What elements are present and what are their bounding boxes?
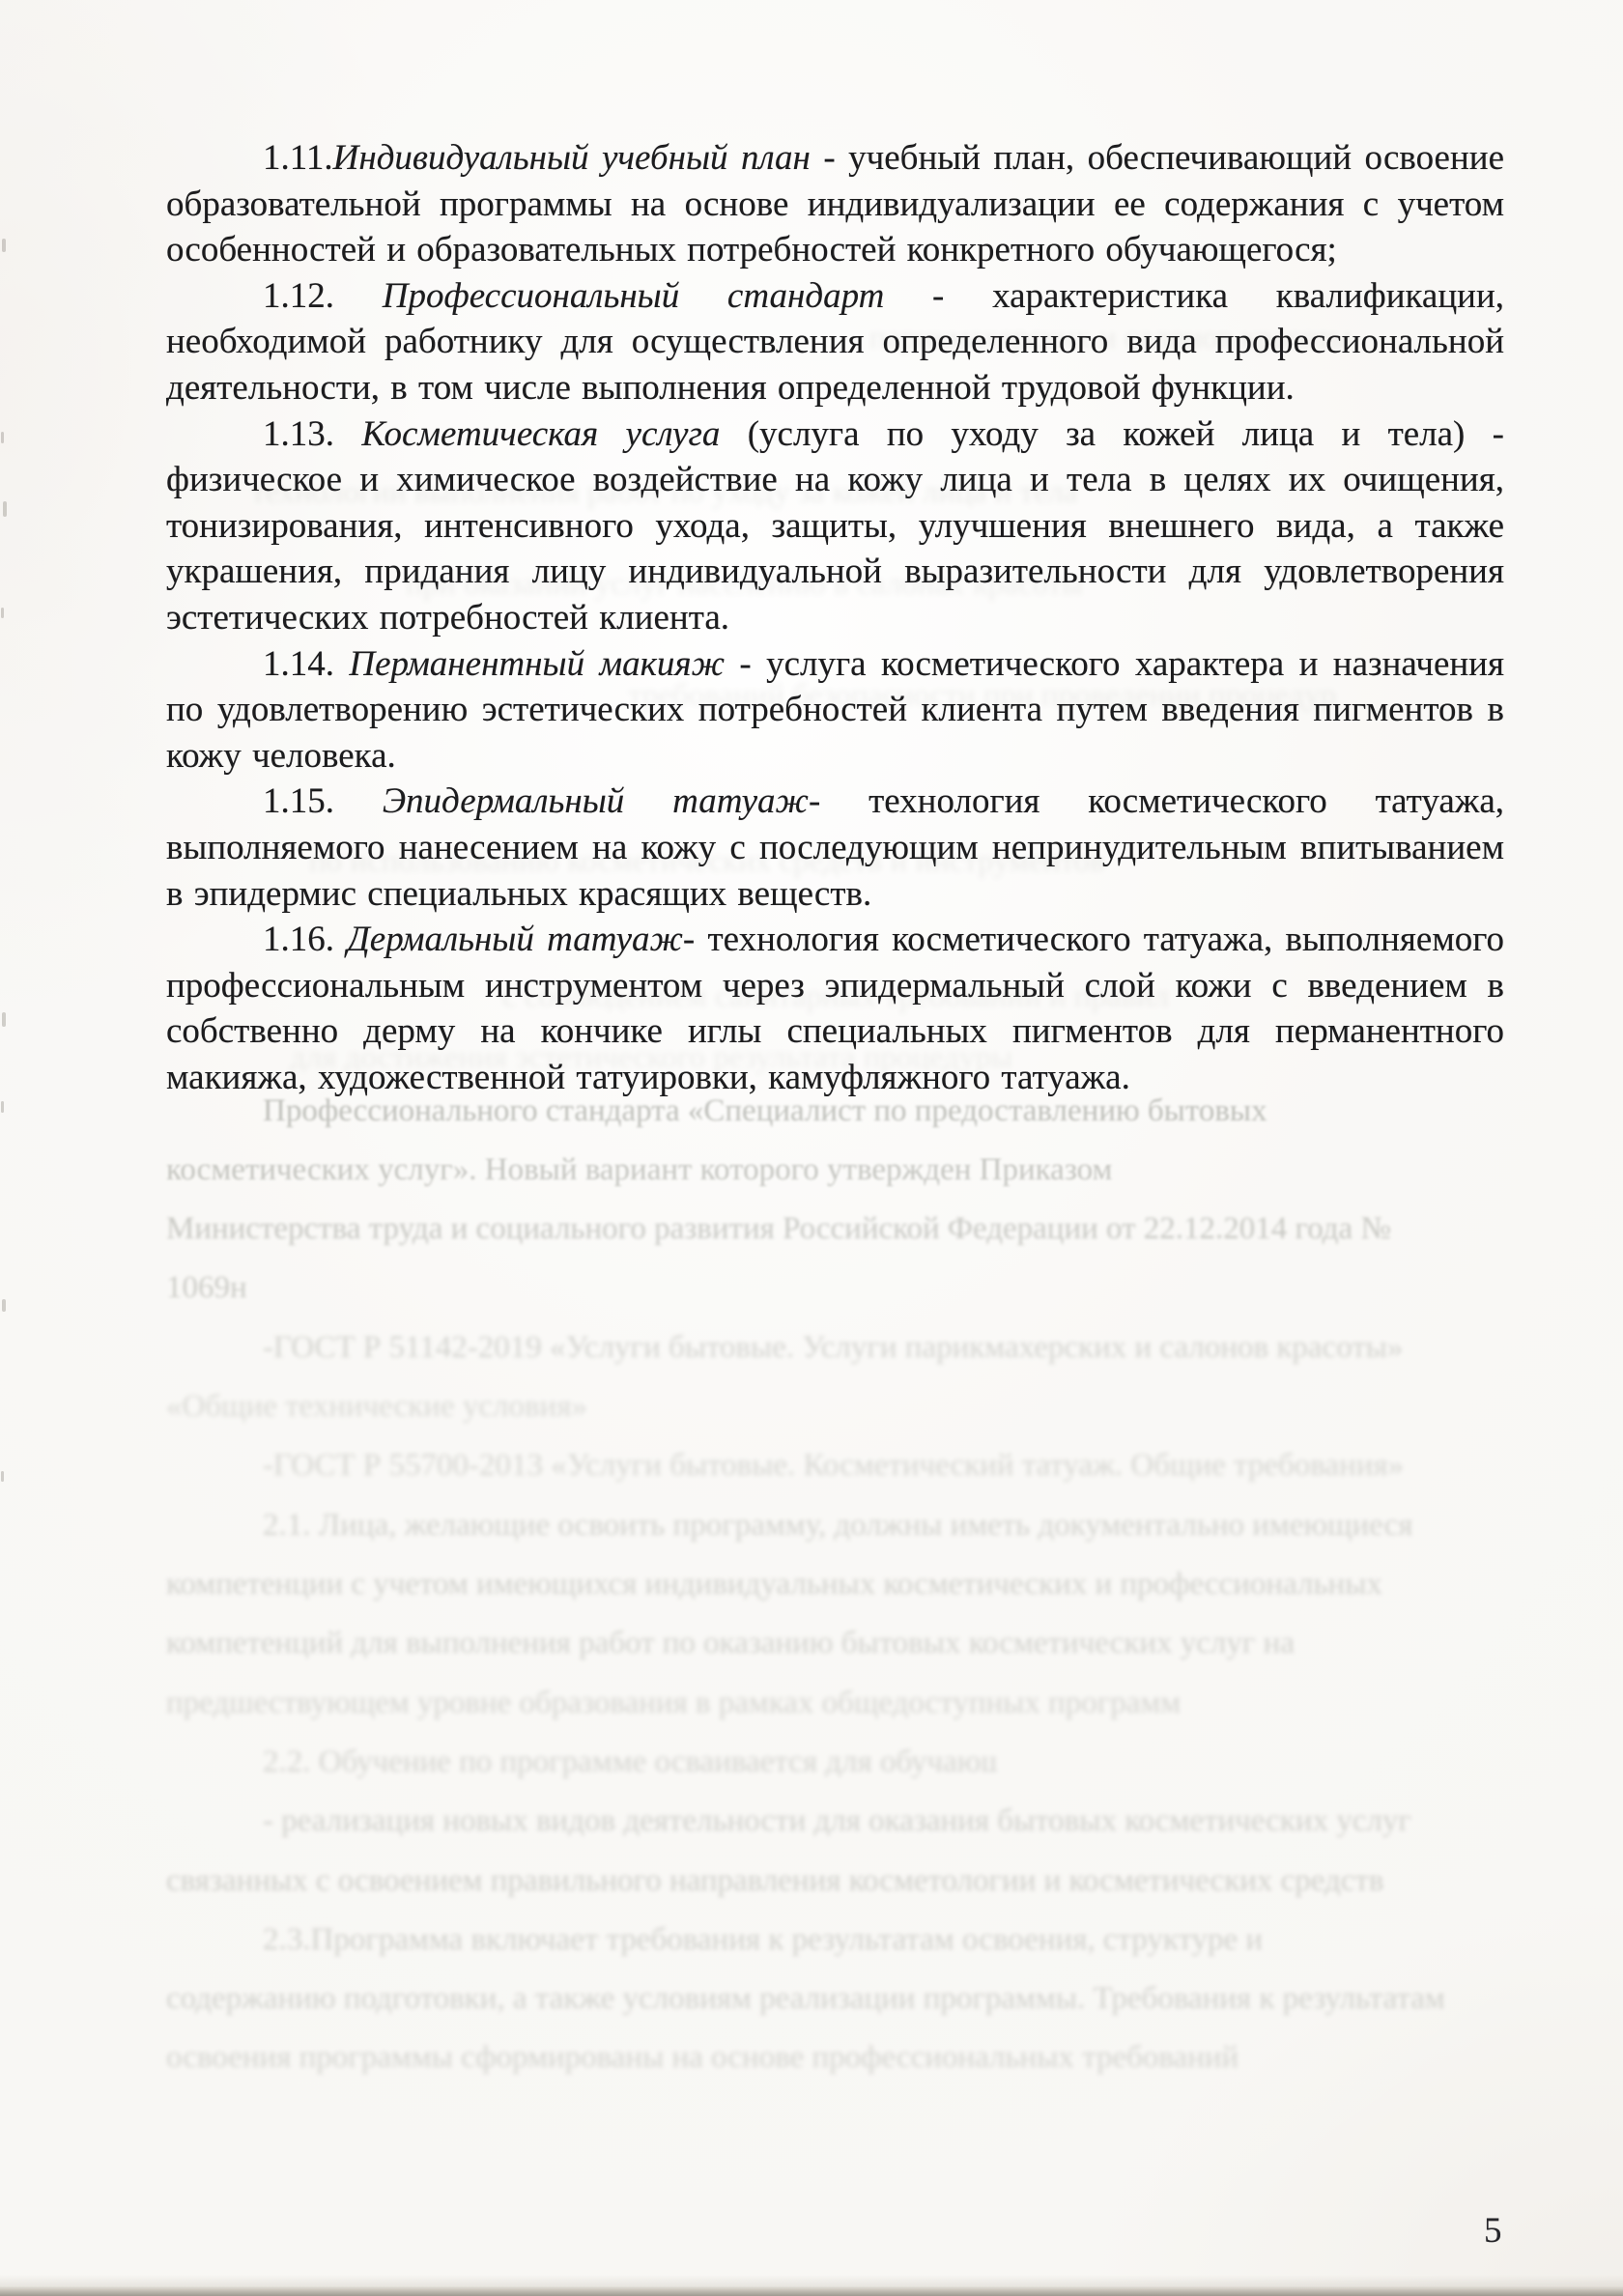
paragraph-1-14: 1.14. Перманентный макияж - услуга косме… bbox=[166, 641, 1504, 780]
scan-artifact bbox=[2, 1012, 6, 1027]
clause-number: 1.14. bbox=[263, 644, 349, 684]
paragraph-1-13: 1.13. Косметическая услуга (услуга по ух… bbox=[166, 411, 1504, 641]
clause-number: 1.11. bbox=[263, 138, 333, 178]
paragraph-1-11: 1.11.Индивидуальный учебный план - учебн… bbox=[166, 135, 1504, 273]
bleed-through-line: компетенции с учетом имеющихся индивидуа… bbox=[166, 1565, 1504, 1603]
bleed-through-line: Министерства труда и социального развити… bbox=[166, 1209, 1504, 1248]
bleed-through-line: компетенций для выполнения работ по оказ… bbox=[166, 1624, 1504, 1662]
bleed-through-line: 2.1. Лица, желающие освоить программу, д… bbox=[263, 1506, 1504, 1545]
paragraph-1-12: 1.12. Профессиональный стандарт - характ… bbox=[166, 273, 1504, 411]
term-italic: Индивидуальный учебный план bbox=[333, 138, 811, 178]
bleed-through-line: косметических услуг». Новый вариант кото… bbox=[166, 1150, 1422, 1189]
scan-artifact bbox=[1, 1101, 4, 1113]
bleed-through-line: - реализация новых видов деятельности дл… bbox=[263, 1801, 1499, 1840]
bleed-through-line: -ГОСТ Р 55700-2013 «Услуги бытовые. Косм… bbox=[263, 1446, 1470, 1485]
bleed-through-line: 2.2. Обучение по программе осваивается д… bbox=[263, 1743, 997, 1781]
body-text: 1.11.Индивидуальный учебный план - учебн… bbox=[166, 135, 1504, 1100]
bleed-through-line: 1069н bbox=[166, 1268, 287, 1307]
clause-number: 1.15. bbox=[263, 781, 383, 821]
scanned-document-page: парикмахерских и салонов красотытехнолог… bbox=[0, 0, 1623, 2296]
scan-artifact bbox=[1, 1471, 4, 1482]
scan-artifact bbox=[3, 501, 7, 517]
paragraph-1-15: 1.15. Эпидермальный татуаж- технология к… bbox=[166, 779, 1504, 917]
clause-number: 1.13. bbox=[263, 414, 361, 454]
bleed-through-line: -ГОСТ Р 51142-2019 «Услуги бытовые. Услу… bbox=[263, 1328, 1461, 1367]
page-number: 5 bbox=[1484, 2210, 1523, 2252]
scan-artifact bbox=[1, 432, 4, 443]
term-italic: Дермальный татуаж bbox=[347, 920, 683, 959]
scan-artifact bbox=[2, 1299, 6, 1312]
bleed-through-line: 2.3.Программа включает требования к резу… bbox=[263, 1920, 1504, 1959]
term-italic: Перманентный макияж bbox=[349, 644, 725, 684]
scan-artifact bbox=[1, 608, 4, 618]
term-italic: Косметическая услуга bbox=[361, 414, 720, 454]
clause-number: 1.16. bbox=[263, 920, 347, 959]
scan-artifact bbox=[2, 239, 6, 252]
bleed-through-line: предшествующем уровне образования в рамк… bbox=[166, 1684, 1229, 1722]
paragraph-1-16: 1.16. Дермальный татуаж- технология косм… bbox=[166, 917, 1504, 1100]
bleed-through-line: «Общие технические условия» bbox=[166, 1387, 630, 1426]
term-italic: Эпидермальный татуаж bbox=[383, 781, 809, 821]
clause-number: 1.12. bbox=[263, 276, 383, 316]
bleed-through-line: связанных с освоением правильного направ… bbox=[166, 1861, 1504, 1900]
scan-edge-shadow bbox=[0, 2286, 1623, 2296]
bleed-through-line: освоения программы сформированы на основ… bbox=[166, 2038, 1504, 2077]
term-italic: Профессиональный стандарт bbox=[383, 276, 885, 316]
bleed-through-line: содержанию подготовки, а также условиям … bbox=[166, 1979, 1504, 2018]
